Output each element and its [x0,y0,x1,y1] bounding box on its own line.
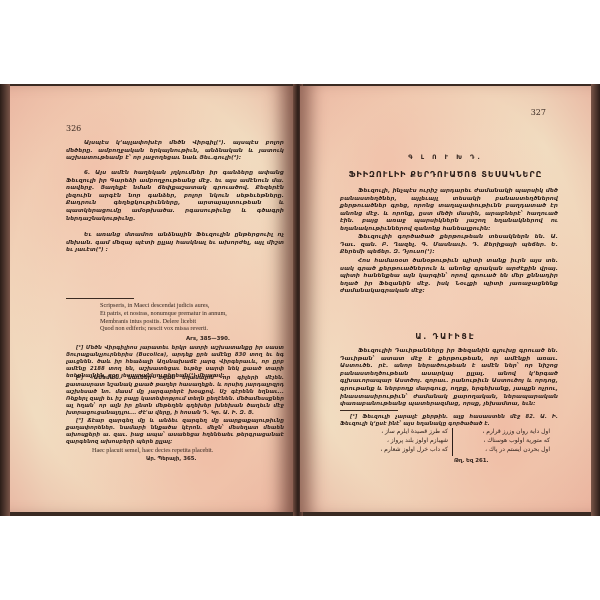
footnote-3: [³] Ճէար զարգեղ մը և անձեւ զարգեղ մը աար… [66,418,284,446]
latin-verse-line: Et patris, et nostras, nonumque prematur… [100,310,227,318]
right-paragraph-3: Հոս համառօտ ծանօթութիւն պիտի տանք իւրն ա… [340,258,558,296]
right-footnote: [¹] Ֆեւզուլի չարալէ քերթին․ ալց հասաստեն… [340,414,558,428]
right-page: 327 Գ Լ Ո Ւ Խ Դ. ՖԻԻԶՈՒԼԻԻ ՔԵՐԴՈՒԱԾՈՑ ՏԵ… [300,86,591,512]
latin-verse: Scripseris, in Maeci descendat judicis a… [100,302,227,333]
left-page: 326 Այսպէս կ՚այլափոխէր մեծն Վիրգիլ(¹)․ ա… [10,86,295,512]
verse-column-divider [452,428,453,456]
persian-verse-line: شهبازم اولوز بلند پرواز ، [362,436,448,445]
left-paragraph-2: 6․ Այս ամէն հաղեկան յղկումներ իր գանձերը… [66,170,284,223]
latin-verse-line: Quod non ediferis; nescit vox missa reve… [100,325,227,333]
persian-verse-line: اول بحردن ايستم در پاك ، [460,445,550,454]
left-paragraph-3: Եւ առանց մտամոռ անձնային Ֆեւզուլին ընթեր… [66,232,284,255]
latin-verse-line: Membranis intus positis. Delere licebit [100,318,227,326]
page-number-right: 327 [531,108,546,117]
section-heading: Ա․ ԴԱՒԻՑԷ [300,332,591,341]
chapter-label: Գ Լ Ո Ւ Խ Դ. [300,154,591,161]
closing-latin-line: Haec placuit semel, haec decies repetita… [92,447,213,455]
persian-verse-right-column: اول داية روان وزرز قرارم ، كه متورية اول… [460,427,550,454]
left-paragraph-1: Այսպէս կ՚այլափոխէր մեծն Վիրգիլ(¹)․ այսպէ… [66,140,284,163]
right-paragraph-2: Ֆեւզուլիի գործածած քերթութեան տեսակներն … [340,234,558,257]
persian-verse-left-column: كه طرز قصيدة ايلرم ساز ، شهبازم اولوز بل… [362,427,448,454]
footnote-divider-right [340,410,398,411]
right-paragraph-1: Ֆեւզուլի, ինչպէս ուրիշ արդարեւ ժամանակի … [340,188,558,234]
closing-citation: Ար․ Պերայի, 365․ [146,456,196,462]
footnote-2: [²] «Ամեման․ նաւներ եղան եղանալոն՝ որ գի… [66,375,284,417]
book-edge-right [591,84,600,516]
footnote-divider [66,298,134,299]
latin-verse-line: Scripseris, in Maeci descendat judicis a… [100,302,227,310]
persian-verse-line: كه متورية اولوب هوسناك ، [460,436,550,445]
persian-verse-line: كه داب خرل اولوز شعارم ، [362,445,448,454]
book-edge-left [0,84,10,516]
open-book-scan: 326 Այսպէս կ՚այլափոխէր մեծն Վիրգիլ(¹)․ ա… [0,84,600,516]
persian-citation: Թղ․ Եզ 261․ [454,458,488,464]
page-number-left: 326 [66,124,81,133]
latin-citation: Ars, 385—390. [186,336,230,342]
section-paragraph: Ֆեւզուլիի Դաւիթանները իր Ֆեզանին գլուխը … [340,348,558,409]
persian-verse-line: اول داية روان وزرز قرارم ، [460,427,550,436]
persian-verse-line: كه طرز قصيدة ايلرم ساز ، [362,427,448,436]
chapter-title: ՖԻԻԶՈՒԼԻԻ ՔԵՐԴՈՒԱԾՈՑ ՏԵՍԱԿՆԵՐԸ [300,170,591,179]
